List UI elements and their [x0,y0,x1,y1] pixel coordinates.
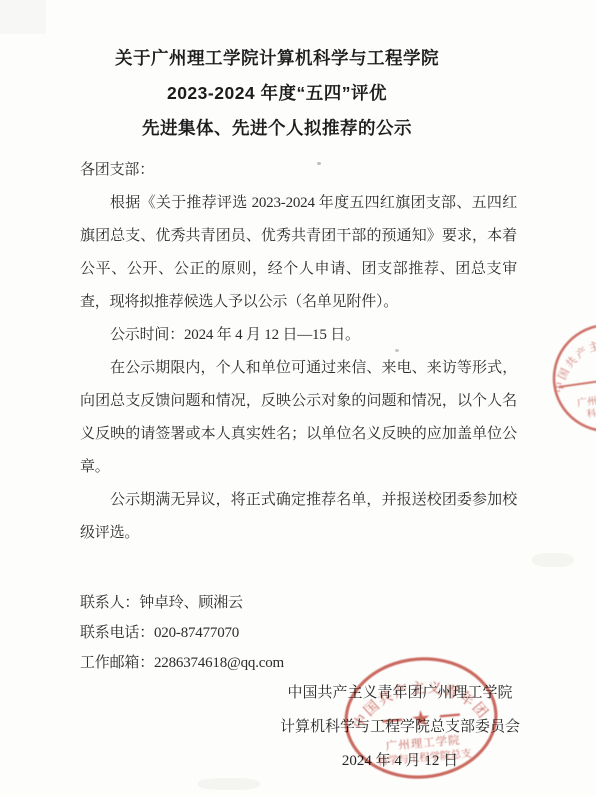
side-seal-inner-text-1: 广州理 [576,392,596,409]
star-icon: ★ [410,705,432,732]
official-seal-stamp: 中国共产主义青年团 ★ 广州理工学院 科学与工程学院总支 [336,648,506,788]
title-line-2: 2023-2024 年度“五四”评优 [57,76,497,111]
paragraph-publicity-period: 公示时间：2024 年 4 月 12 日—15 日。 [80,319,517,352]
contact-person: 联系人：钟卓玲、顾湘云 [80,588,517,618]
title-line-1: 关于广州理工学院计算机科学与工程学院 [57,41,497,76]
document-page: 关于广州理工学院计算机科学与工程学院 2023-2024 年度“五四”评优 先进… [0,0,596,796]
paragraph-result: 公示期满无异议，将正式确定推荐名单，并报送校团委参加校级评选。 [80,484,517,550]
title-line-3: 先进集体、先进个人拟推荐的公示 [57,111,497,146]
scan-artifact [0,0,46,34]
side-seal-stamp: 中国共产主 广州理 科学 [546,316,596,440]
scan-smudge [532,553,574,567]
scan-smudge [198,778,260,790]
salutation: 各团支部： [80,154,517,187]
contact-phone: 联系电话：020-87477070 [80,618,517,648]
paragraph-basis: 根据《关于推荐评选 2023-2024 年度五四红旗团支部、五四红旗团总支、优秀… [80,187,517,319]
document-title: 关于广州理工学院计算机科学与工程学院 2023-2024 年度“五四”评优 先进… [57,41,497,146]
paragraph-feedback: 在公示期限内，个人和单位可通过来信、来电、来访等形式，向团总支反馈问题和情况，反… [80,352,517,484]
document-body: 各团支部： 根据《关于推荐评选 2023-2024 年度五四红旗团支部、五四红旗… [80,154,517,678]
